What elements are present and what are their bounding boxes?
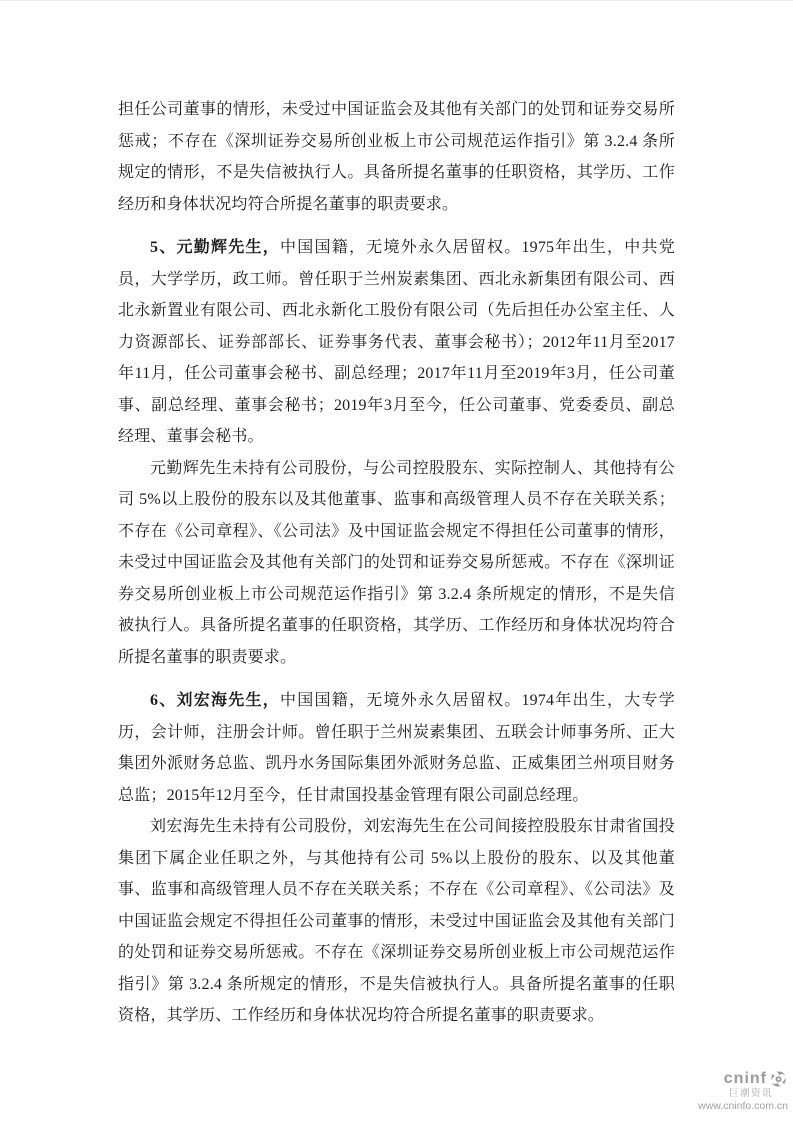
paragraph-director-6: 6、刘宏海先生，中国国籍，无境外永久居留权。1974年出生，大专学历，会计师，注… — [118, 685, 675, 811]
director-name-5: 5、元勤辉先生， — [150, 239, 280, 256]
paragraph-text: 担任公司董事的情形，未受过中国证监会及其他有关部门的处罚和证券交易所惩戒；不存在… — [118, 101, 675, 213]
paragraph-director-5: 5、元勤辉先生，中国国籍，无境外永久居留权。1975年出生，中共党员，大学学历，… — [118, 232, 675, 453]
paragraph-text: 中国国籍，无境外永久居留权。1975年出生，中共党员，大学学历，政工师。曾任职于… — [118, 239, 675, 445]
paragraph-text: 元勤辉先生未持有公司股份，与公司控股股东、实际控制人、其他持有公司 5%以上股份… — [118, 460, 675, 666]
document-page: 担任公司董事的情形，未受过中国证监会及其他有关部门的处罚和证券交易所惩戒；不存在… — [0, 0, 793, 1122]
swirl-icon — [769, 1070, 788, 1088]
paragraph-continuation: 担任公司董事的情形，未受过中国证监会及其他有关部门的处罚和证券交易所惩戒；不存在… — [118, 94, 675, 220]
paragraph-text: 刘宏海先生未持有公司股份，刘宏海先生在公司间接控股股东甘肃省国投集团下属企业任职… — [118, 818, 675, 1024]
paragraph-director-6-qualifications: 刘宏海先生未持有公司股份，刘宏海先生在公司间接控股股东甘肃省国投集团下属企业任职… — [118, 811, 675, 1032]
cninfo-logo-text: cninf — [724, 1070, 767, 1088]
director-name-6: 6、刘宏海先生， — [150, 692, 280, 709]
paragraph-director-5-qualifications: 元勤辉先生未持有公司股份，与公司控股股东、实际控制人、其他持有公司 5%以上股份… — [118, 453, 675, 674]
document-body: 担任公司董事的情形，未受过中国证监会及其他有关部门的处罚和证券交易所惩戒；不存在… — [118, 1, 675, 1032]
cninfo-brand-name: 巨潮资讯 — [698, 1089, 788, 1099]
cninfo-url: www.cninfo.com.cn — [698, 1101, 788, 1113]
cninfo-logo: cninf — [698, 1070, 788, 1088]
cninfo-watermark: cninf 巨潮资讯 www.cninfo.com.cn — [698, 1070, 788, 1113]
